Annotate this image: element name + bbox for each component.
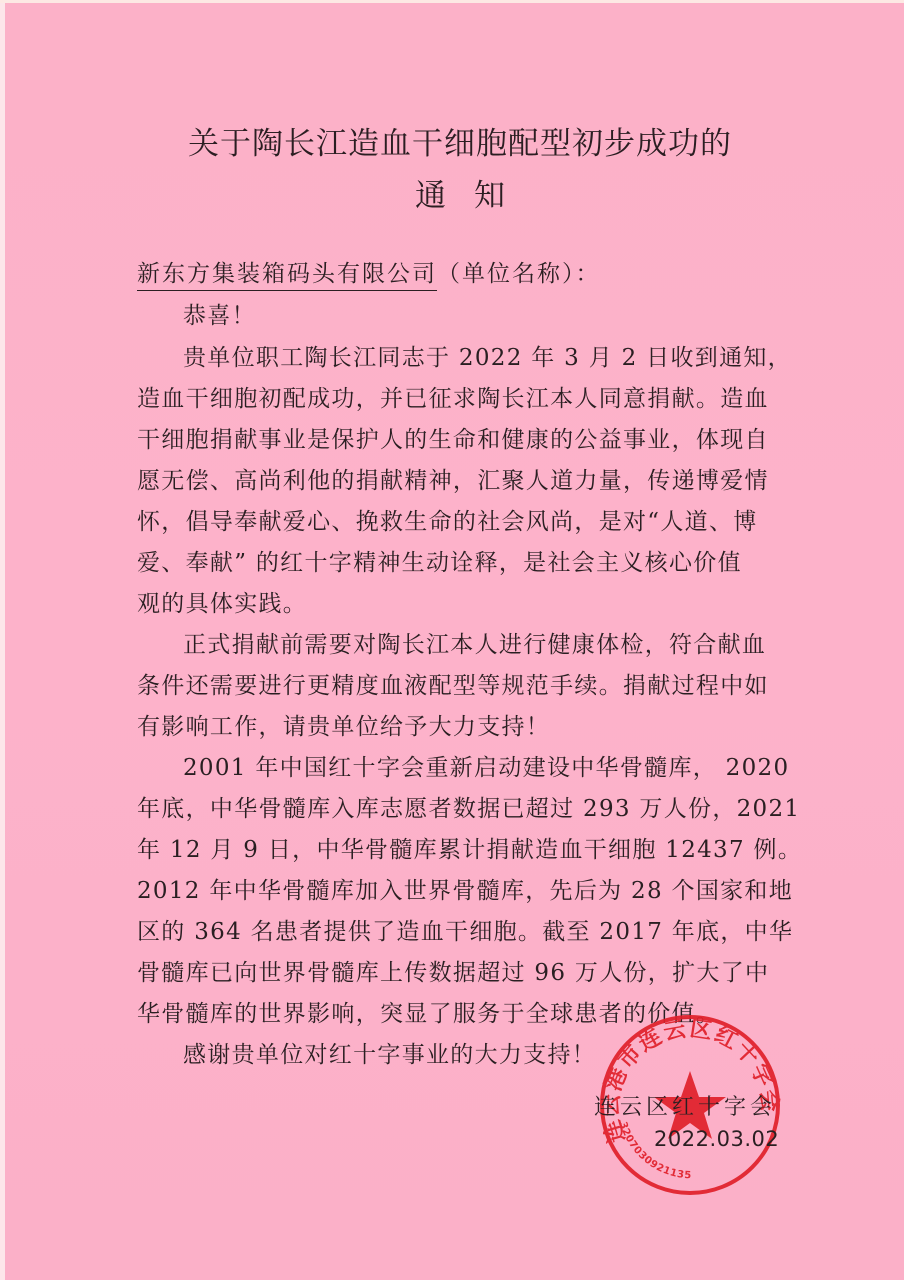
paragraph-line: 年 12 月 9 日，中华骨髓库累计捐献造血干细胞 12437 例。 [137, 831, 771, 864]
paragraph-line: 年底，中华骨髓库入库志愿者数据已超过 293 万人份，2021 [137, 790, 771, 823]
paragraph-line: 条件还需要进行更精度血液配型等规范手续。捐献过程中如 [137, 667, 771, 700]
addressee-org-name: 新东方集装箱码头有限公司 [137, 261, 437, 291]
paragraph-line: 爱、奉献” 的红十字精神生动诠释，是社会主义核心价值 [137, 544, 771, 577]
paragraph-line: 愿无偿、高尚利他的捐献精神，汇聚人道力量，传递博爱情 [137, 462, 771, 495]
paragraph-line: 骨髓库已向世界骨髓库上传数据超过 96 万人份，扩大了中 [137, 954, 771, 987]
signature-org: 连云区红十字会 [594, 1090, 776, 1121]
addressee-suffix: （单位名称）： [437, 261, 601, 287]
paragraph-line: 怀，倡导奉献爱心、挽救生命的社会风尚，是对“人道、博 [137, 503, 771, 536]
document-subtitle: 通知 [150, 170, 770, 215]
document-title: 关于陶长江造血干细胞配型初步成功的 [150, 118, 770, 163]
paragraph-line: 有影响工作，请贵单位给予大力支持！ [137, 708, 771, 741]
paragraph-line: 贵单位职工陶长江同志于 2022 年 3 月 2 日收到通知， [183, 339, 771, 372]
paragraph-line: 正式捐献前需要对陶长江本人进行健康体检，符合献血 [183, 626, 771, 659]
paragraph-line: 观的具体实践。 [137, 585, 771, 618]
paragraph-line: 2012 年中华骨髓库加入世界骨髓库，先后为 28 个国家和地 [137, 872, 771, 905]
signature-date: 2022.03.02 [654, 1127, 779, 1151]
paper-edge [0, 0, 5, 1280]
paragraph-line: 2001 年中国红十字会重新启动建设中华骨髓库， 2020 [183, 749, 771, 782]
greeting: 恭喜！ [183, 297, 771, 330]
document-page: 关于陶长江造血干细胞配型初步成功的 通知 新东方集装箱码头有限公司（单位名称）：… [0, 0, 904, 1280]
paragraph-line: 干细胞捐献事业是保护人的生命和健康的公益事业，体现自 [137, 421, 771, 454]
paragraph-line: 造血干细胞初配成功，并已征求陶长江本人同意捐献。造血 [137, 380, 771, 413]
paper-edge [0, 0, 904, 3]
paragraph-line: 区的 364 名患者提供了造血干细胞。截至 2017 年底，中华 [137, 913, 771, 946]
addressee: 新东方集装箱码头有限公司（单位名称）： [137, 255, 601, 288]
